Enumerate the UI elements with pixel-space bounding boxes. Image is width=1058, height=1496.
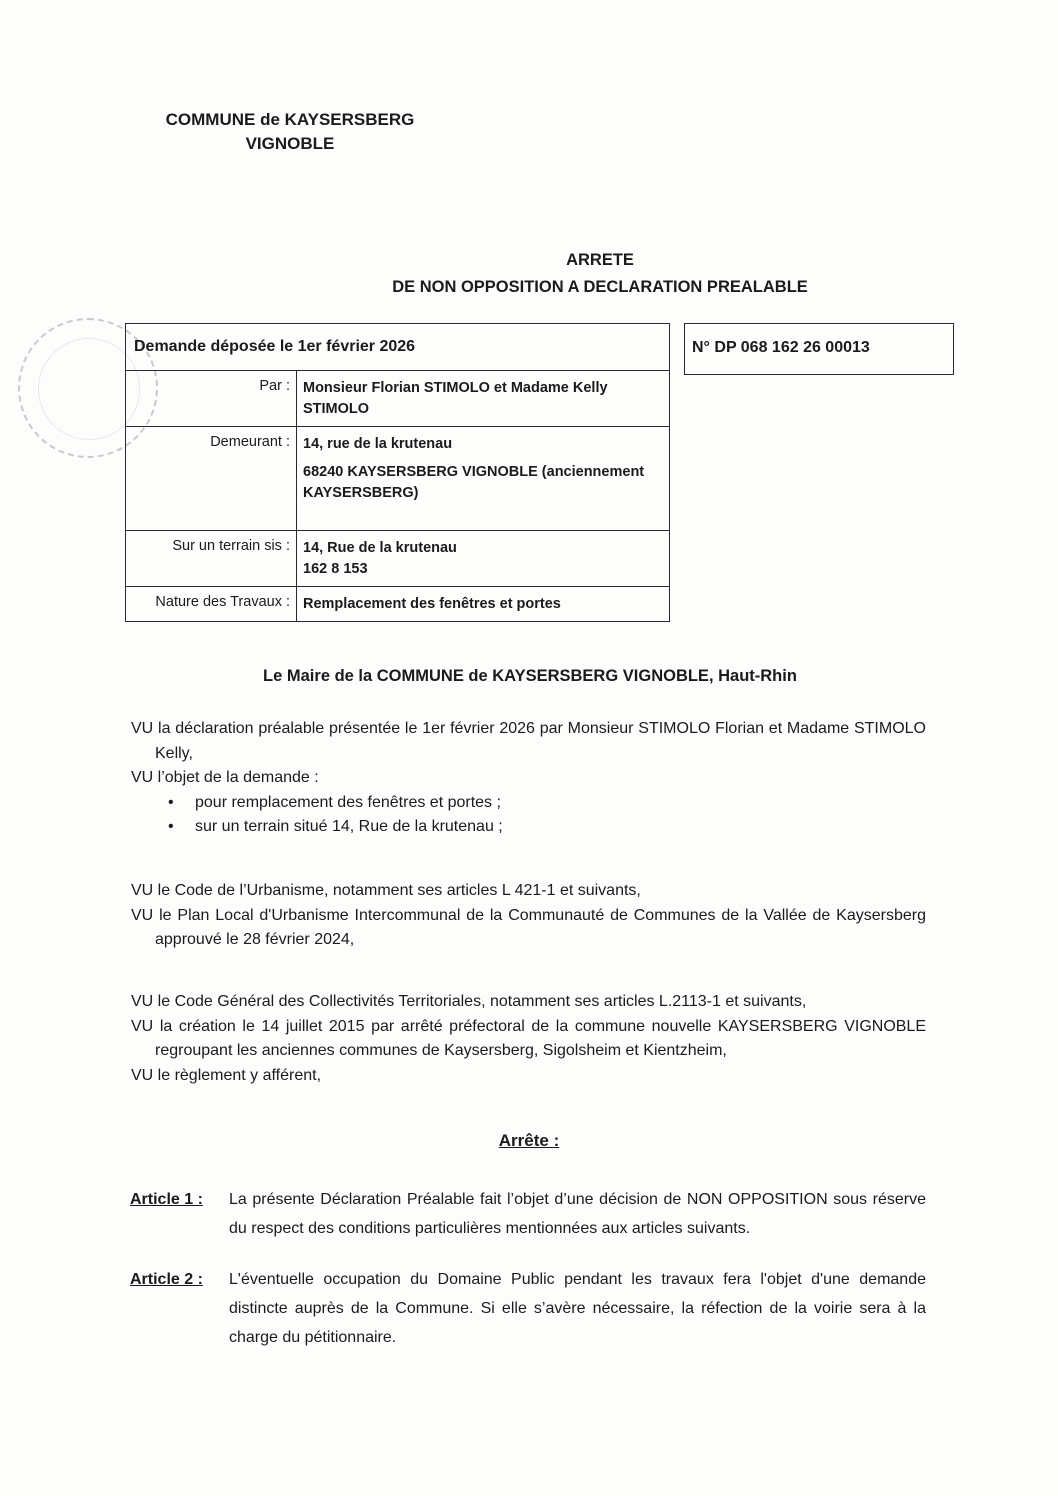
land-address: 14, Rue de la krutenau (303, 538, 661, 559)
table-row: Sur un terrain sis : 14, Rue de la krute… (126, 531, 670, 587)
table-row: Par : Monsieur Florian STIMOLO et Madame… (126, 371, 670, 427)
land-parcel: 162 8 153 (303, 559, 661, 580)
row-label: Par : (126, 371, 297, 427)
article-text: L'éventuelle occupation du Domaine Publi… (229, 1265, 926, 1352)
residence-value: 14, rue de la krutenau 68240 KAYSERSBERG… (297, 427, 670, 531)
deposit-row: Demande déposée le 1er février 2026 (126, 324, 670, 371)
works-value: Remplacement des fenêtres et portes (297, 587, 670, 622)
row-label: Nature des Travaux : (126, 587, 297, 622)
list-item: pour remplacement des fenêtres et portes… (195, 791, 926, 816)
visa-item: VU le Plan Local d'Urbanisme Intercommun… (131, 904, 926, 953)
applicant-names: Monsieur Florian STIMOLO et Madame Kelly… (303, 378, 661, 420)
row-label: Sur un terrain sis : (126, 531, 297, 587)
article-label: Article 1 : (130, 1185, 229, 1243)
visa-declaration: VU la déclaration préalable présentée le… (131, 717, 926, 766)
visa-item: VU la création le 14 juillet 2015 par ar… (131, 1015, 926, 1064)
deposit-date: Demande déposée le 1er février 2026 (126, 324, 670, 371)
commune-name-suffix: VIGNOBLE (120, 132, 460, 156)
commune-name: COMMUNE de KAYSERSBERG (120, 108, 460, 132)
works-nature: Remplacement des fenêtres et portes (303, 594, 661, 615)
article-2: Article 2 : L'éventuelle occupation du D… (130, 1265, 926, 1352)
visa-item: VU le Code de l’Urbanisme, notamment ses… (131, 879, 926, 904)
commune-header: COMMUNE de KAYSERSBERG VIGNOBLE (120, 108, 460, 156)
residence-street: 14, rue de la krutenau (303, 434, 661, 455)
visa-item: VU le Code Général des Collectivités Ter… (131, 990, 926, 1015)
visa-item: VU le règlement y afférent, (131, 1064, 926, 1089)
applicant-value: Monsieur Florian STIMOLO et Madame Kelly… (297, 371, 670, 427)
residence-city: 68240 KAYSERSBERG VIGNOBLE (anciennement… (303, 462, 661, 504)
visas-group-2: VU le Code de l’Urbanisme, notamment ses… (131, 879, 926, 953)
article-label: Article 2 : (130, 1265, 229, 1352)
title-line-2: DE NON OPPOSITION A DECLARATION PREALABL… (330, 274, 870, 301)
title-line-1: ARRETE (330, 247, 870, 274)
maire-heading: Le Maire de la COMMUNE de KAYSERSBERG VI… (130, 667, 930, 686)
objet-list: pour remplacement des fenêtres et portes… (131, 791, 926, 840)
article-1: Article 1 : La présente Déclaration Préa… (130, 1185, 926, 1243)
land-value: 14, Rue de la krutenau 162 8 153 (297, 531, 670, 587)
visas-group-1: VU la déclaration préalable présentée le… (131, 717, 926, 840)
table-row: Nature des Travaux : Remplacement des fe… (126, 587, 670, 622)
request-info-table: Demande déposée le 1er février 2026 Par … (125, 323, 670, 622)
visas-group-3: VU le Code Général des Collectivités Ter… (131, 990, 926, 1088)
table-row: Demeurant : 14, rue de la krutenau 68240… (126, 427, 670, 531)
arrete-heading: Arrête : (0, 1131, 1058, 1151)
visa-objet: VU l’objet de la demande : (131, 766, 926, 791)
dossier-number: N° DP 068 162 26 00013 (684, 323, 954, 375)
row-label: Demeurant : (126, 427, 297, 531)
article-text: La présente Déclaration Préalable fait l… (229, 1185, 926, 1243)
list-item: sur un terrain situé 14, Rue de la krute… (195, 815, 926, 840)
document-title: ARRETE DE NON OPPOSITION A DECLARATION P… (330, 247, 870, 301)
